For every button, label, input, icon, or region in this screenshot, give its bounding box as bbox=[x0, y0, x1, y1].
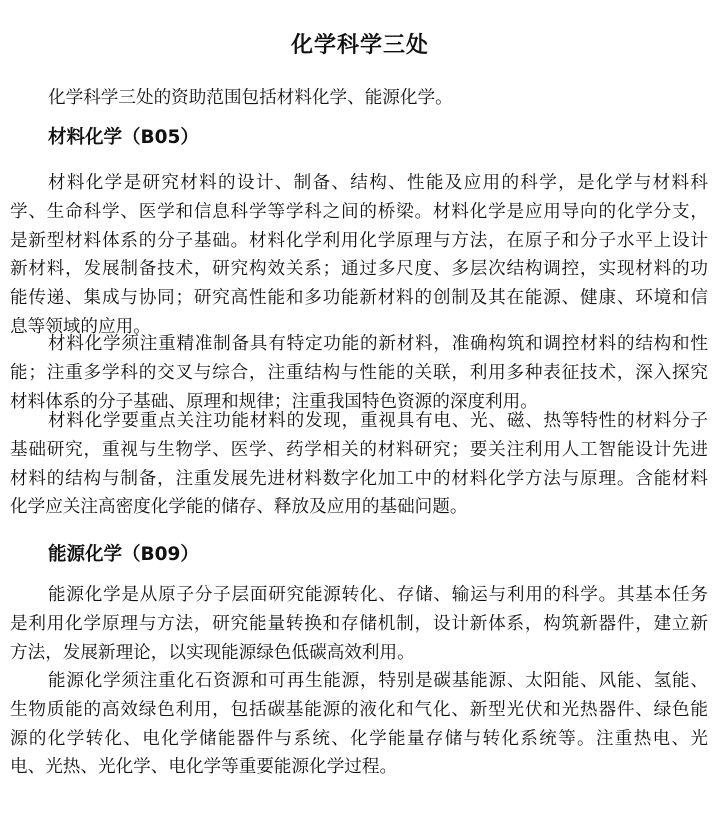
text-line: 电、光热、光化学、电化学等重要能源化学过程。 bbox=[10, 753, 708, 782]
text-line: 源的化学转化、电化学储能器件与系统、化学能量存储与转化系统等。注重热电、光 bbox=[10, 725, 708, 754]
text-line: 能；注重多学科的交叉与综合，注重结构与性能的关联，利用多种表征技术，深入探究 bbox=[10, 359, 708, 388]
paragraph-materials-1: 材料化学是研究材料的设计、制备、结构、性能及应用的科学，是化学与材料科 学、生命… bbox=[10, 169, 710, 342]
text-line: 材料化学是研究材料的设计、制备、结构、性能及应用的科学，是化学与材料科 bbox=[10, 169, 708, 198]
text-line: 化学应关注高密度化学能的储存、释放及应用的基础问题。 bbox=[10, 493, 708, 522]
text-line: 学、生命科学、医学和信息科学等学科之间的桥梁。材料化学是应用导向的化学分支， bbox=[10, 198, 708, 227]
text-line: 能源化学是从原子分子层面研究能源转化、存储、输运与利用的科学。其基本任务 bbox=[10, 581, 708, 610]
paragraph-energy-1: 能源化学是从原子分子层面研究能源转化、存储、输运与利用的科学。其基本任务 是利用… bbox=[10, 581, 710, 667]
text-line: 能源化学须注重化石资源和可再生能源，特别是碳基能源、太阳能、风能、氢能、 bbox=[10, 667, 708, 696]
text-line: 材料化学须注重精准制备具有特定功能的新材料，准确构筑和调控材料的结构和性 bbox=[10, 330, 708, 359]
text-line: 能传递、集成与协同；研究高性能和多功能新材料的创制及其在能源、健康、环境和信 bbox=[10, 284, 708, 313]
text-line: 新材料，发展制备技术，研究构效关系；通过多尺度、多层次结构调控，实现材料的功 bbox=[10, 255, 708, 284]
text-line: 方法，发展新理论，以实现能源绿色低碳高效利用。 bbox=[10, 639, 708, 668]
text-line: 是新型材料体系的分子基础。材料化学利用化学原理与方法，在原子和分子水平上设计 bbox=[10, 227, 708, 256]
text-line: 基础研究，重视与生物学、医学、药学相关的材料研究；要关注利用人工智能设计先进 bbox=[10, 436, 708, 465]
paragraph-energy-2: 能源化学须注重化石资源和可再生能源，特别是碳基能源、太阳能、风能、氢能、 生物质… bbox=[10, 667, 710, 782]
text-line: 材料的结构与制备，注重发展先进材料数字化加工中的材料化学方法与原理。含能材料 bbox=[10, 465, 708, 494]
paragraph-materials-2: 材料化学须注重精准制备具有特定功能的新材料，准确构筑和调控材料的结构和性 能；注… bbox=[10, 330, 710, 416]
text-line: 是利用化学原理与方法，研究能量转换和存储机制，设计新体系，构筑新器件，建立新 bbox=[10, 610, 708, 639]
paragraph-materials-3: 材料化学要重点关注功能材料的发现，重视具有电、光、磁、热等特性的材料分子 基础研… bbox=[10, 407, 710, 522]
text-line: 材料化学要重点关注功能材料的发现，重视具有电、光、磁、热等特性的材料分子 bbox=[10, 407, 708, 436]
section-heading-materials-chemistry: 材料化学（B05） bbox=[48, 123, 199, 149]
page-title: 化学科学三处 bbox=[10, 28, 710, 59]
text-line: 生物质能的高效绿色利用，包括碳基能源的液化和气化、新型光伏和光热器件、绿色能 bbox=[10, 696, 708, 725]
section-heading-energy-chemistry: 能源化学（B09） bbox=[48, 540, 199, 566]
intro-text: 化学科学三处的资助范围包括材料化学、能源化学。 bbox=[48, 84, 453, 112]
